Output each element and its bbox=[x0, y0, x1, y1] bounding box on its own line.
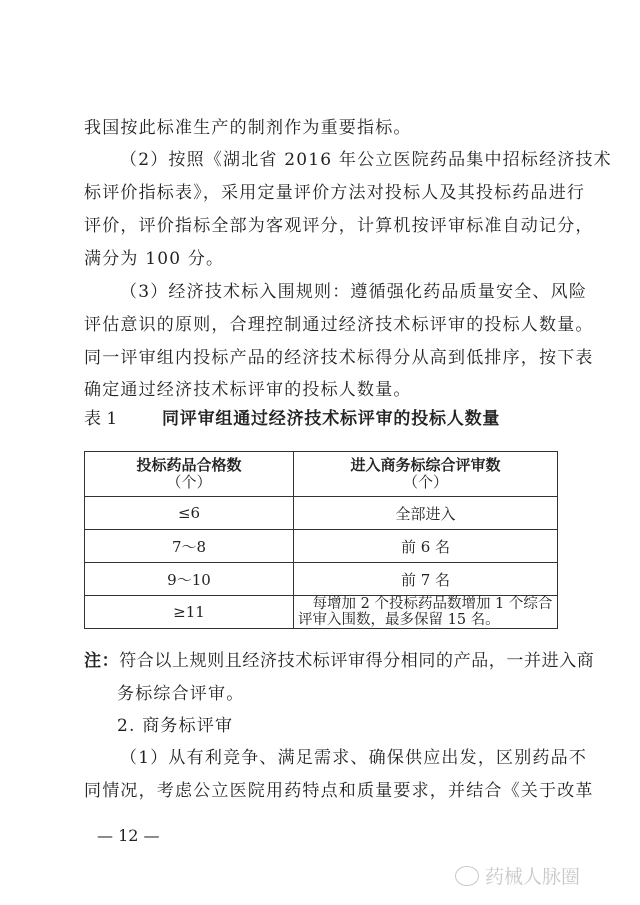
table-cell: ≤6 bbox=[85, 497, 294, 530]
text-line: 我国按此标准生产的制剂作为重要指标。 bbox=[84, 118, 412, 138]
text-line: （1）从有利竞争、满足需求、确保供应出发，区别药品不 bbox=[120, 748, 587, 768]
wechat-icon bbox=[455, 866, 479, 886]
table-row: 9～10 前 7 名 bbox=[85, 563, 558, 596]
bidder-count-table: 投标药品合格数 （个） 进入商务标综合评审数 （个） ≤6 全部进入 7～8 前… bbox=[84, 451, 558, 629]
text-line: 确定通过经济技术标评审的投标人数量。 bbox=[84, 380, 412, 400]
text-line: 标评价指标表》，采用定量评价方法对投标人及其投标药品进行 bbox=[84, 183, 585, 203]
header-unit: （个） bbox=[294, 474, 557, 491]
text-line: 同一评审组内投标产品的经济技术标得分从高到低排序，按下表 bbox=[84, 348, 594, 368]
header-cell: 投标药品合格数 （个） bbox=[85, 452, 294, 497]
text-line: 评价，评价指标全部为客观评分，计算机按评审标准自动记分， bbox=[84, 216, 594, 236]
note-text: 符合以上规则且经济技术标评审得分相同的产品，一并进入商 bbox=[119, 651, 594, 671]
section-heading: 2. 商务标评审 bbox=[117, 716, 233, 736]
table-row: 7～8 前 6 名 bbox=[85, 530, 558, 563]
table-row: ≥11 每增加 2 个投标药品数增加 1 个综合评审入围数，最多保留 15 名。 bbox=[85, 596, 558, 629]
table-header-row: 投标药品合格数 （个） 进入商务标综合评审数 （个） bbox=[85, 452, 558, 497]
note-line: 注：符合以上规则且经济技术标评审得分相同的产品，一并进入商 bbox=[84, 651, 594, 671]
text-line: 评估意识的原则，合理控制通过经济技术标评审的投标人数量。 bbox=[84, 315, 594, 335]
text-line: 同情况，考虑公立医院用药特点和质量要求，并结合《关于改革 bbox=[84, 781, 594, 801]
table-cell: 前 6 名 bbox=[294, 530, 558, 563]
table-caption-title: 同评审组通过经济技术标评审的投标人数量 bbox=[162, 408, 500, 430]
text-line: （3）经济技术标入围规则：遵循强化药品质量安全、风险 bbox=[120, 282, 587, 302]
text-line: 满分为 100 分。 bbox=[84, 249, 224, 269]
watermark-text: 药械人脉圈 bbox=[485, 862, 580, 889]
table-cell: 9～10 bbox=[85, 563, 294, 596]
table-cell: 7～8 bbox=[85, 530, 294, 563]
note-label: 注： bbox=[84, 651, 119, 671]
text-line: （2）按照《湖北省 2016 年公立医院药品集中招标经济技术 bbox=[120, 150, 612, 170]
table-cell: 全部进入 bbox=[294, 497, 558, 530]
table-cell: 每增加 2 个投标药品数增加 1 个综合评审入围数，最多保留 15 名。 bbox=[294, 596, 558, 629]
header-title: 投标药品合格数 bbox=[136, 456, 241, 474]
table-cell: 前 7 名 bbox=[294, 563, 558, 596]
header-cell: 进入商务标综合评审数 （个） bbox=[294, 452, 558, 497]
table-row: ≤6 全部进入 bbox=[85, 497, 558, 530]
watermark: 药械人脉圈 bbox=[455, 862, 580, 889]
table-cell: ≥11 bbox=[85, 596, 294, 629]
header-title: 进入商务标综合评审数 bbox=[350, 456, 500, 474]
table-caption-label: 表 1 bbox=[84, 408, 117, 430]
header-unit: （个） bbox=[85, 474, 293, 491]
note-line: 务标综合评审。 bbox=[117, 684, 244, 704]
page-number: — 12 — bbox=[97, 826, 160, 845]
